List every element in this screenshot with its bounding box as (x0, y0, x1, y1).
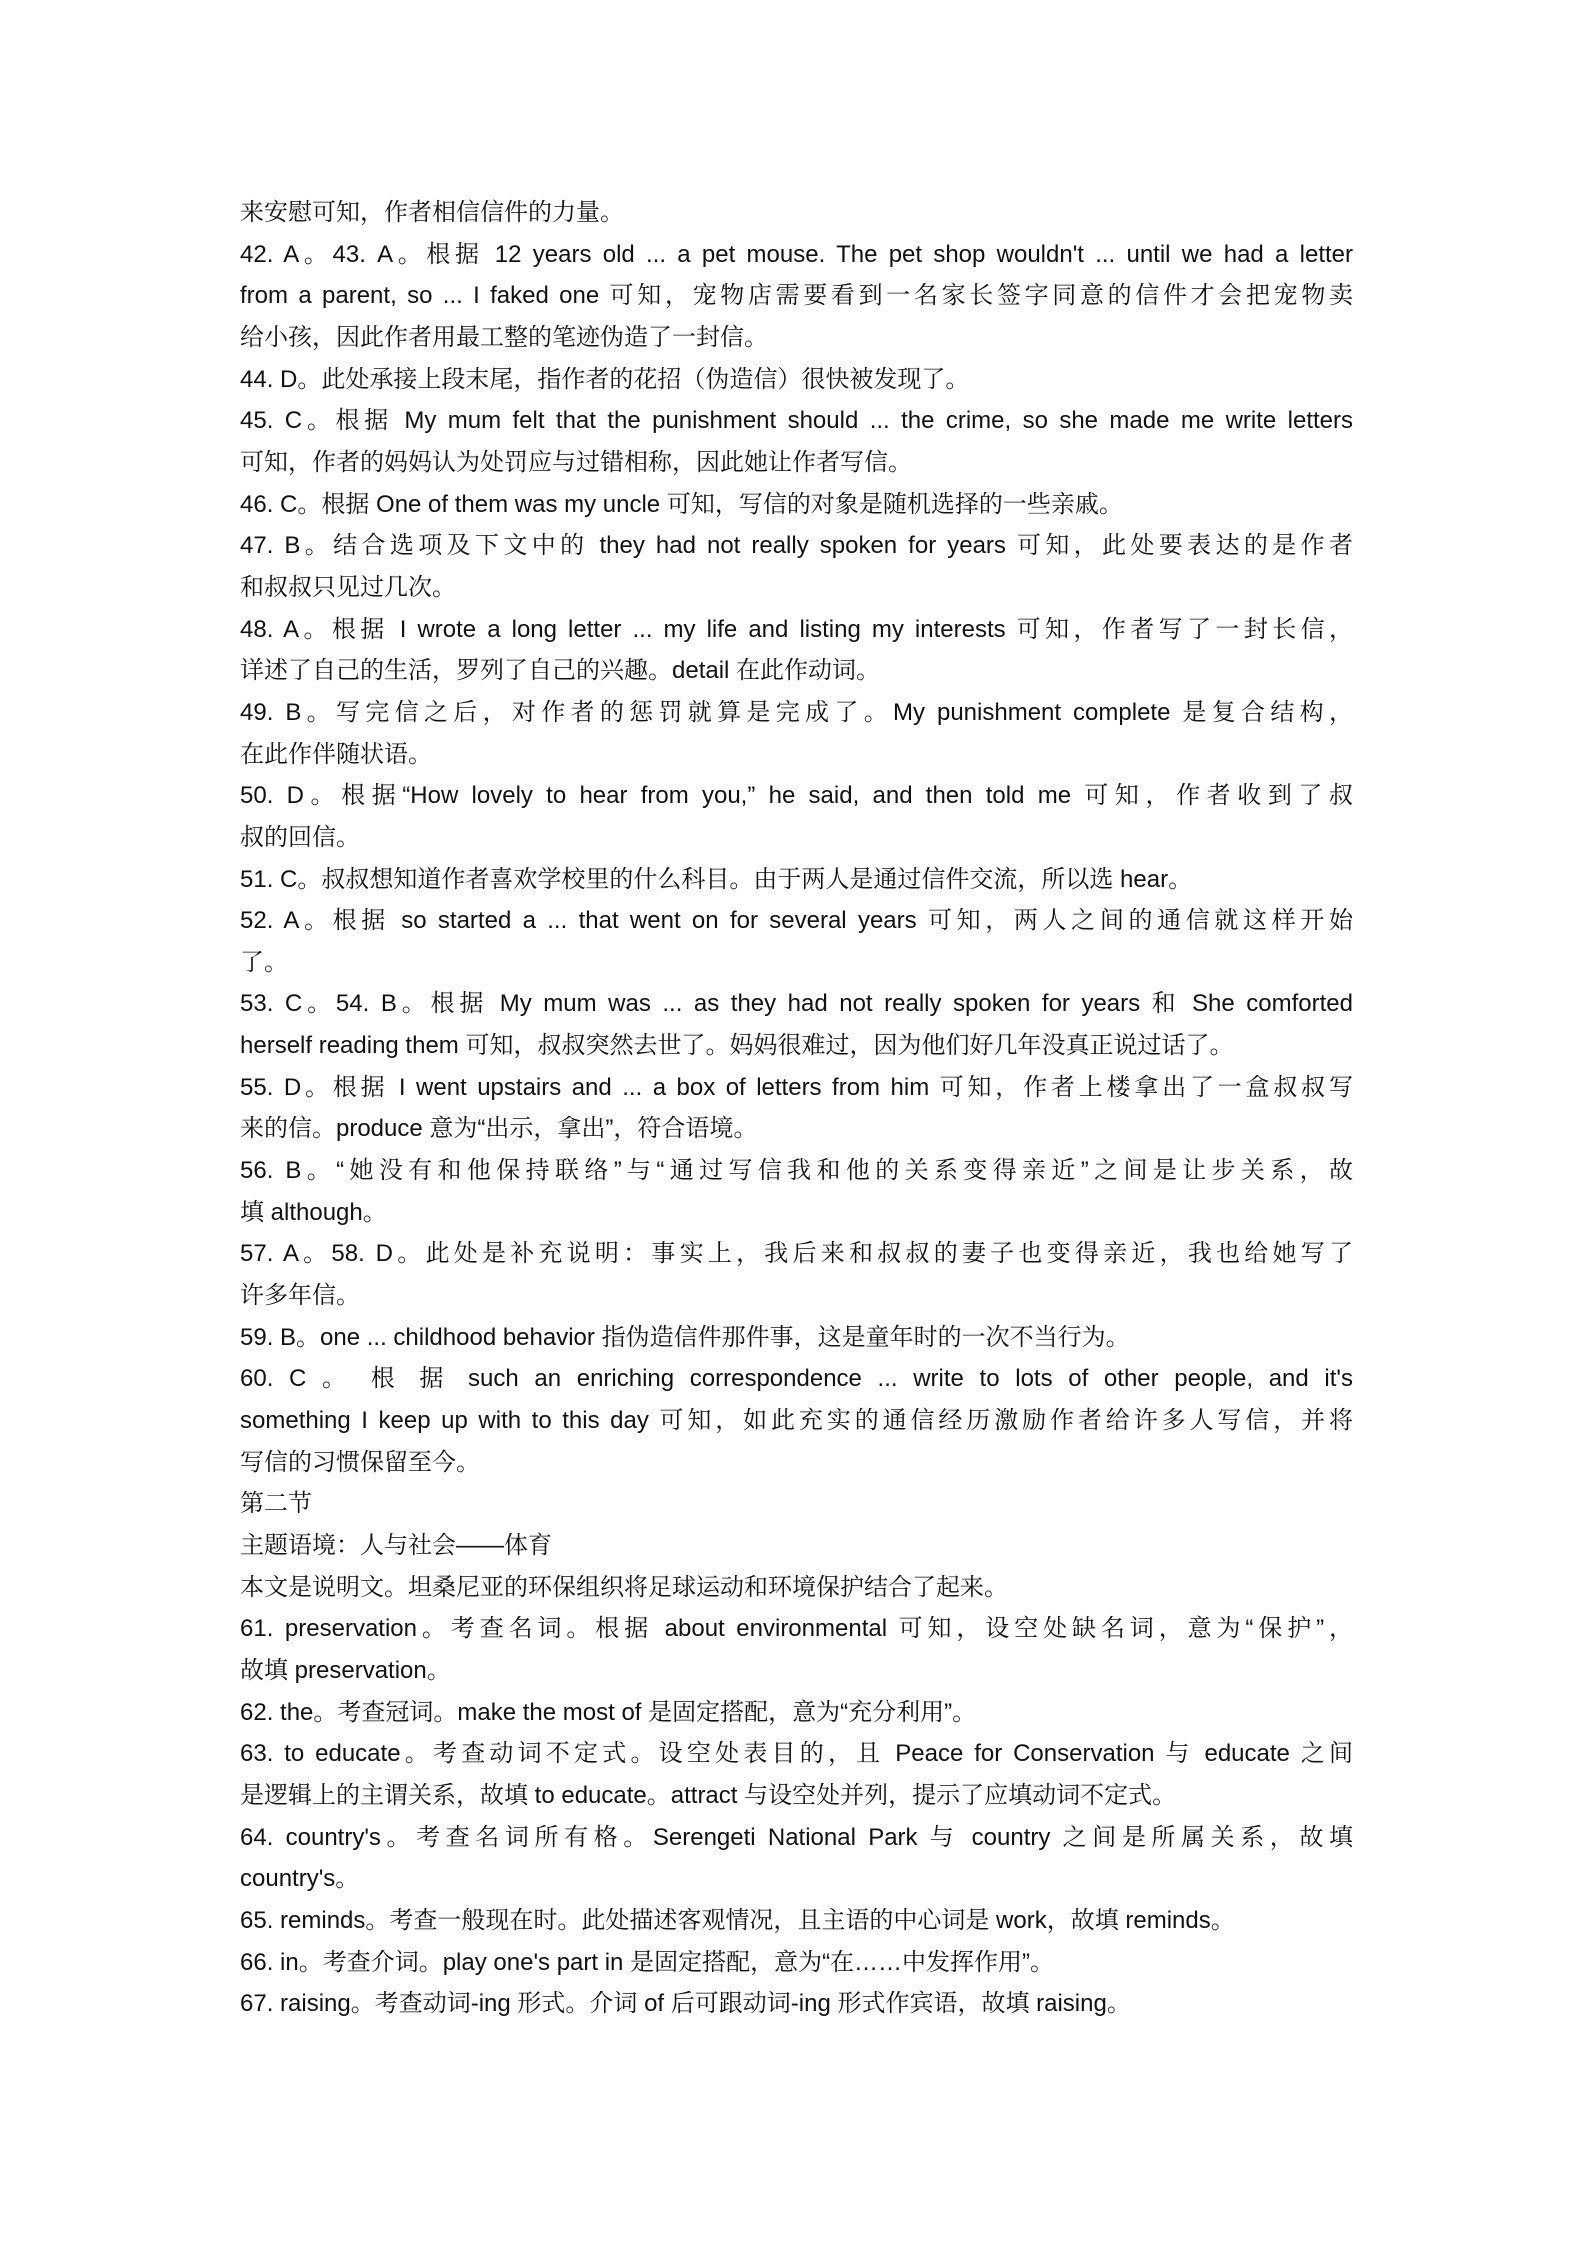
text-line: from a parent, so ... I faked one 可知，宠物店… (240, 275, 1353, 317)
text-line: 填 although。 (240, 1192, 1353, 1234)
text-line: herself reading them 可知，叔叔突然去世了。妈妈很难过，因为… (240, 1025, 1353, 1067)
answer-explanation-page: 来安慰可知，作者相信信件的力量。 42. A。43. A。根据 12 years… (240, 192, 1353, 2025)
theme-context: 主题语境：人与社会——体育 (240, 1525, 1353, 1567)
text-line: 64. country's。考查名词所有格。Serengeti National… (240, 1817, 1353, 1859)
text-line: 44. D。此处承接上段末尾，指作者的花招（伪造信）很快被发现了。 (240, 359, 1353, 401)
text-line: 来安慰可知，作者相信信件的力量。 (240, 192, 1353, 234)
text-line: 51. C。叔叔想知道作者喜欢学校里的什么科目。由于两人是通过信件交流，所以选 … (240, 859, 1353, 901)
text-line: 56. B。“她没有和他保持联络”与“通过写信我和他的关系变得亲近”之间是让步关… (240, 1150, 1353, 1192)
text-line: 和叔叔只见过几次。 (240, 567, 1353, 609)
text-line: 48. A。根据 I wrote a long letter ... my li… (240, 609, 1353, 651)
text-line: 可知，作者的妈妈认为处罚应与过错相称，因此她让作者写信。 (240, 442, 1353, 484)
text-line: 故填 preservation。 (240, 1650, 1353, 1692)
text-line: 在此作伴随状语。 (240, 734, 1353, 776)
text-line: 42. A。43. A。根据 12 years old ... a pet mo… (240, 234, 1353, 276)
section-heading: 第二节 (240, 1483, 1353, 1525)
text-line: 许多年信。 (240, 1275, 1353, 1317)
text-line: 61. preservation。考查名词。根据 about environme… (240, 1608, 1353, 1650)
text-line: 46. C。根据 One of them was my uncle 可知，写信的… (240, 484, 1353, 526)
text-line: 来的信。produce 意为“出示，拿出”，符合语境。 (240, 1108, 1353, 1150)
text-line: 53. C。54. B。根据 My mum was ... as they ha… (240, 983, 1353, 1025)
text-line: 52. A。根据 so started a ... that went on f… (240, 900, 1353, 942)
text-line: 60. C 。 根 据 such an enriching correspond… (240, 1358, 1353, 1400)
text-line: country's。 (240, 1858, 1353, 1900)
text-line: 62. the。考查冠词。make the most of 是固定搭配，意为“充… (240, 1692, 1353, 1734)
text-line: 66. in。考查介词。play one's part in 是固定搭配，意为“… (240, 1942, 1353, 1984)
text-line: 给小孩，因此作者用最工整的笔迹伪造了一封信。 (240, 317, 1353, 359)
text-line: 49. B。写完信之后，对作者的惩罚就算是完成了。My punishment c… (240, 692, 1353, 734)
passage-summary: 本文是说明文。坦桑尼亚的环保组织将足球运动和环境保护结合了起来。 (240, 1567, 1353, 1609)
text-line: 是逻辑上的主谓关系，故填 to educate。attract 与设空处并列，提… (240, 1775, 1353, 1817)
text-line: 63. to educate。考查动词不定式。设空处表目的，且 Peace fo… (240, 1733, 1353, 1775)
text-line: 47. B。结合选项及下文中的 they had not really spok… (240, 525, 1353, 567)
text-line: something I keep up with to this day 可知，… (240, 1400, 1353, 1442)
text-line: 55. D。根据 I went upstairs and ... a box o… (240, 1067, 1353, 1109)
text-line: 50. D。根据“How lovely to hear from you,” h… (240, 775, 1353, 817)
text-line: 65. reminds。考查一般现在时。此处描述客观情况，且主语的中心词是 wo… (240, 1900, 1353, 1942)
text-line: 67. raising。考查动词-ing 形式。介词 of 后可跟动词-ing … (240, 1983, 1353, 2025)
text-line: 叔的回信。 (240, 817, 1353, 859)
text-line: 详述了自己的生活，罗列了自己的兴趣。detail 在此作动词。 (240, 650, 1353, 692)
text-line: 57. A。58. D。此处是补充说明：事实上，我后来和叔叔的妻子也变得亲近，我… (240, 1233, 1353, 1275)
text-line: 了。 (240, 942, 1353, 984)
text-line: 45. C。根据 My mum felt that the punishment… (240, 400, 1353, 442)
text-line: 写信的习惯保留至今。 (240, 1442, 1353, 1484)
text-line: 59. B。one ... childhood behavior 指伪造信件那件… (240, 1317, 1353, 1359)
